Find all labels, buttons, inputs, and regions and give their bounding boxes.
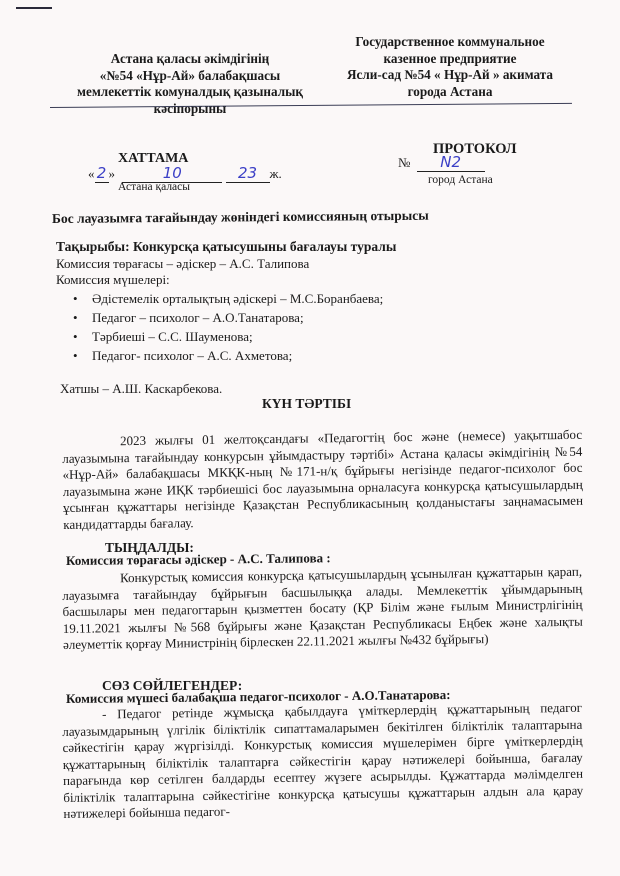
speech-text: - Педагог ретінде жұмысқа қабылдауға үмі… xyxy=(62,700,584,823)
number-sign: № xyxy=(398,155,410,170)
scanned-document-page: Астана қаласы әкімдігінің «№54 «Нұр-Ай» … xyxy=(0,0,620,876)
date-close-quote: » xyxy=(109,166,116,181)
member-item: Тәрбиеші – С.С. Шауменова; xyxy=(68,327,383,346)
scan-artifact-mark xyxy=(16,7,52,9)
org-header-ru-line: казенное предприятие xyxy=(320,51,580,68)
org-header-russian: Государственное коммунальное казенное пр… xyxy=(320,34,580,100)
speech-paragraph: - Педагог ретінде жұмысқа қабылдауға үмі… xyxy=(62,700,584,823)
commission-chair: Комиссия төрағасы – әдіскер – А.С. Талип… xyxy=(56,256,596,272)
org-header-kz-line: Астана қаласы әкімдігінің xyxy=(60,51,320,68)
city-russian: город Астана xyxy=(428,174,493,186)
session-title: Бос лауазымға тағайындау жөніндегі комис… xyxy=(52,208,429,227)
agenda-heading: КҮН ТӘРТІБІ xyxy=(262,396,351,412)
org-header-ru-line: Государственное коммунальное xyxy=(320,34,580,51)
protocol-number: № N2 xyxy=(398,153,485,172)
date-day-handwritten: 2 xyxy=(95,164,109,183)
org-header-kz-line: кәсіпорыны xyxy=(60,101,320,118)
secretary: Хатшы – А.Ш. Каскарбекова. xyxy=(60,381,600,397)
member-item: Педагог – психолог – А.О.Танатарова; xyxy=(68,308,383,327)
agenda-text: 2023 жылғы 01 желтоқсандағы «Педагогтің … xyxy=(62,427,583,533)
heard-paragraph: Конкурстық комиссия конкурсқа қатысушыла… xyxy=(62,564,583,654)
number-handwritten: N2 xyxy=(417,153,485,172)
heard-speaker: Комиссия төрағасы әдіскер - А.С. Талипов… xyxy=(66,550,331,569)
org-header-ru-line: города Астана xyxy=(320,84,580,101)
org-header-kz-line: мемлекеттік комуналдық қазыналық xyxy=(60,84,320,101)
topic-heading: Тақырыбы: Конкурсқа қатысушыны бағалауы … xyxy=(56,239,596,255)
org-header-ru-line: Ясли-сад №54 « Нұр-Ай » акимата xyxy=(320,67,580,84)
members-label: Комиссия мүшелері: xyxy=(56,272,596,288)
member-item: Педагог- психолог – А.С. Ахметова; xyxy=(68,346,383,365)
org-header-kz-line: «№54 «Нұр-Ай» балабақшасы xyxy=(60,68,320,85)
heard-text: Конкурстық комиссия конкурсқа қатысушыла… xyxy=(62,564,583,654)
date-year-handwritten: 23 xyxy=(226,164,270,183)
agenda-paragraph: 2023 жылғы 01 желтоқсандағы «Педагогтің … xyxy=(62,427,583,533)
members-list: Әдістемелік орталықтың әдіскері – М.С.Бо… xyxy=(68,289,383,365)
member-item: Әдістемелік орталықтың әдіскері – М.С.Бо… xyxy=(68,289,383,308)
city-kazakh: Астана қаласы xyxy=(118,181,190,193)
date-year-suffix: ж. xyxy=(270,166,282,181)
